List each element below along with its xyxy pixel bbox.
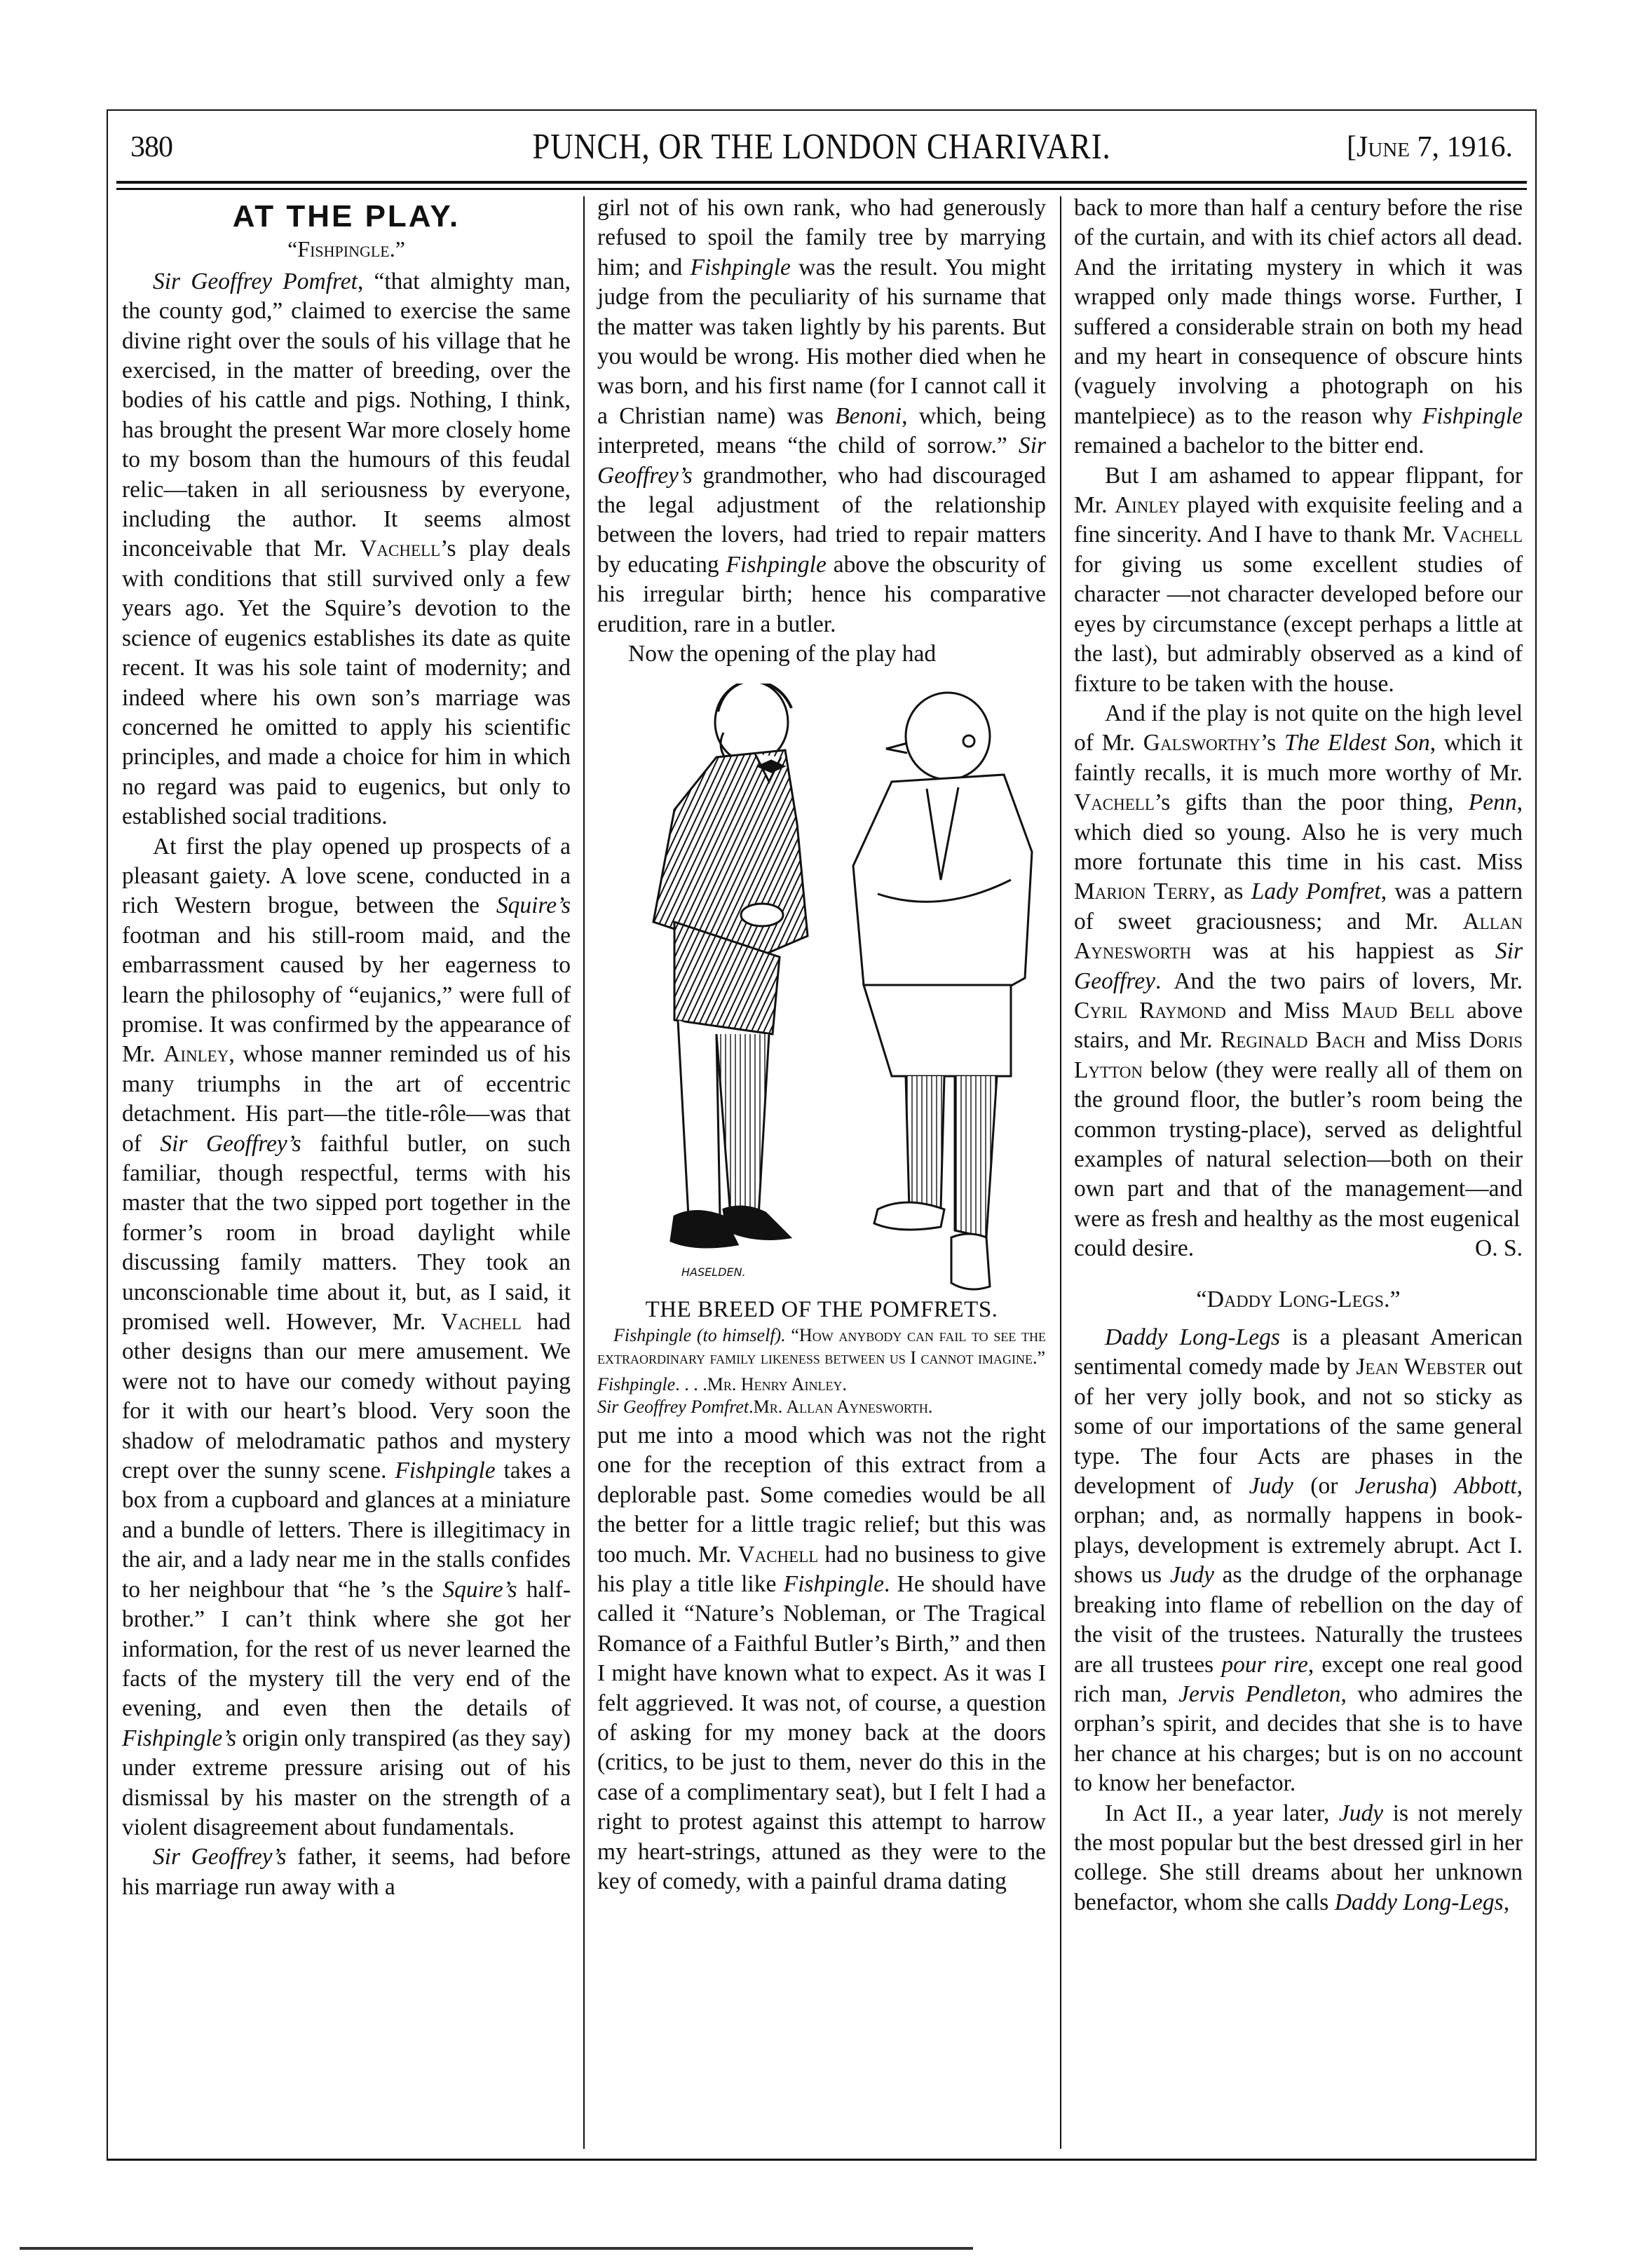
paragraph: At first the play opened up prospects of…: [122, 832, 571, 1843]
svg-text:HASELDEN.: HASELDEN.: [681, 1265, 746, 1279]
masthead: 380 PUNCH, OR THE LONDON CHARIVARI. [Jun…: [108, 111, 1535, 174]
article-heading: AT THE PLAY.: [122, 202, 571, 231]
cartoon-caption: Fishpingle (to himself). “How anybody ca…: [597, 1324, 1046, 1369]
paragraph: Sir Geoffrey’s father, it seems, had bef…: [122, 1842, 571, 1902]
cartoon-illustration: HASELDEN.: [597, 684, 1046, 1293]
magazine-page: 380 PUNCH, OR THE LONDON CHARIVARI. [Jun…: [107, 109, 1537, 2161]
column-divider: [1060, 196, 1061, 2149]
publication-title: PUNCH, OR THE LONDON CHARIVARI.: [208, 126, 1436, 168]
author-signature: O. S.: [1475, 1234, 1523, 1263]
page-number: 380: [130, 130, 172, 164]
column-3-body-a: back to more than half a century before …: [1074, 193, 1523, 1234]
page-bottom-rule: [20, 2247, 973, 2250]
column-3: back to more than half a century before …: [1074, 193, 1523, 1917]
column-divider: [583, 196, 585, 2149]
paragraph: In Act II., a year later, Judy is not me…: [1074, 1799, 1523, 1918]
cast-row: Fishpingle . . . . Mr. Henry Ainley.: [597, 1373, 1046, 1396]
caption-direction: (to himself).: [697, 1325, 786, 1345]
column-2-body-bottom: put me into a mood which was not the rig…: [597, 1421, 1046, 1897]
paragraph: And if the play is not quite on the high…: [1074, 699, 1523, 1234]
cast-row: Sir Geoffrey Pomfret . Mr. Allan Ayneswo…: [597, 1396, 1046, 1418]
column-2: girl not of his own rank, who had genero…: [597, 193, 1046, 1896]
play-title-daddy-long-legs: “Daddy Long-Legs.”: [1074, 1285, 1523, 1315]
paragraph: girl not of his own rank, who had genero…: [597, 193, 1046, 639]
signature-line: could desire. O. S.: [1074, 1234, 1523, 1263]
paragraph: Daddy Long-Legs is a pleasant American s…: [1074, 1323, 1523, 1799]
play-title-fishpingle: “Fishpingle.”: [122, 234, 571, 264]
column-3-body-b: Daddy Long-Legs is a pleasant American s…: [1074, 1323, 1523, 1917]
cast-list: Fishpingle . . . . Mr. Henry Ainley. Sir…: [597, 1373, 1046, 1418]
paragraph: put me into a mood which was not the rig…: [597, 1421, 1046, 1897]
issue-date: [June 7, 1916.: [1347, 130, 1513, 164]
paragraph: Now the opening of the play had: [597, 639, 1046, 669]
paragraph: back to more than half a century before …: [1074, 193, 1523, 461]
column-2-body-top: girl not of his own rank, who had genero…: [597, 193, 1046, 670]
column-1-body: Sir Geoffrey Pomfret, “that almighty man…: [122, 267, 571, 1902]
cartoon-title: THE BREED OF THE POMFRETS.: [597, 1295, 1046, 1324]
two-men-drawing-icon: HASELDEN.: [597, 684, 1046, 1293]
caption-speaker: Fishpingle: [613, 1325, 691, 1345]
masthead-rule-thin: [116, 188, 1527, 190]
paragraph: Sir Geoffrey Pomfret, “that almighty man…: [122, 267, 571, 832]
column-1: AT THE PLAY. “Fishpingle.” Sir Geoffrey …: [122, 193, 571, 1902]
masthead-rule-thick: [116, 181, 1527, 184]
paragraph: But I am ashamed to appear flippant, for…: [1074, 461, 1523, 699]
